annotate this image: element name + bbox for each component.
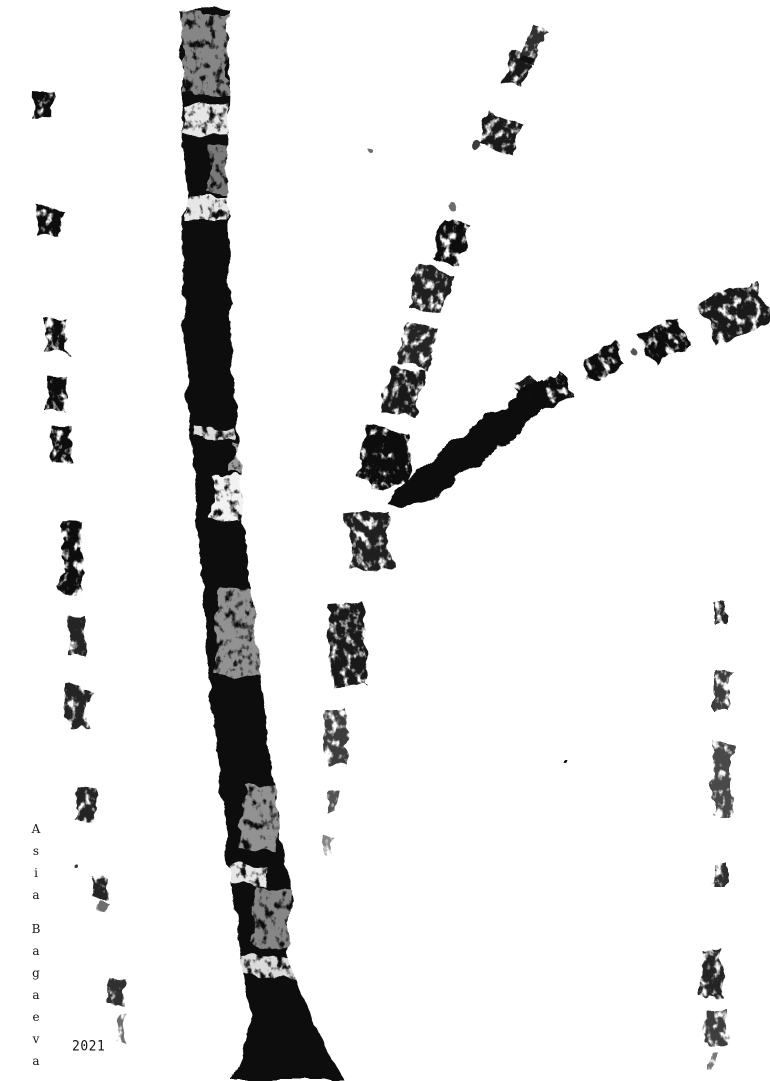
ink-speck xyxy=(368,148,372,152)
dash-column-speck xyxy=(117,1014,127,1042)
branch-dash xyxy=(379,364,428,418)
middle-trunk-segment xyxy=(327,601,368,690)
dash-column-speck xyxy=(99,900,110,915)
dash-column-left xyxy=(60,523,84,594)
bark-texture xyxy=(240,784,281,852)
dash-column-left xyxy=(44,320,68,353)
ink-speck xyxy=(564,760,568,764)
dash-column-left xyxy=(37,207,60,238)
dash-column-right xyxy=(705,1008,726,1045)
dash-column-left xyxy=(76,788,97,823)
bark-texture xyxy=(215,587,276,678)
ink-layer xyxy=(32,8,770,1081)
bark-texture xyxy=(253,886,296,946)
bark-gap xyxy=(182,197,230,219)
artwork-canvas xyxy=(0,0,770,1081)
ink-speck xyxy=(74,864,78,868)
middle-trunk-segment xyxy=(345,510,394,571)
branch-dot xyxy=(631,349,637,355)
branch-dash xyxy=(479,112,524,154)
dash-column-right xyxy=(714,668,730,712)
bark-gap xyxy=(196,427,234,438)
branch-dash xyxy=(396,320,438,369)
bark-gap xyxy=(237,953,296,978)
middle-trunk-segment xyxy=(324,707,348,766)
middle-trunk-speck xyxy=(323,835,332,855)
dash-column-left xyxy=(46,377,67,414)
dash-column-right xyxy=(715,603,727,625)
artwork-year: 2021 xyxy=(72,1038,105,1055)
dash-column-left xyxy=(66,616,86,655)
branch-dash xyxy=(699,280,770,346)
bark-texture xyxy=(209,146,231,194)
bark-texture xyxy=(232,443,254,476)
branch-dash xyxy=(640,318,691,364)
dash-column-right xyxy=(715,864,728,890)
dash-column-left xyxy=(66,685,89,724)
dash-column-speck xyxy=(710,1050,716,1074)
artist-signature-line1: Asia xyxy=(30,822,48,910)
middle-trunk-speck xyxy=(325,787,336,813)
artwork-page: Asia Bagaeva 2021 xyxy=(0,0,770,1081)
branch-dot xyxy=(448,202,456,210)
branch-dot xyxy=(474,143,484,153)
artist-signature-line2: Bagaeva xyxy=(30,922,48,1076)
dash-column-right xyxy=(700,949,724,1000)
dash-column-left xyxy=(51,426,73,462)
dash-column-right xyxy=(713,741,731,815)
bark-gap xyxy=(230,863,265,885)
bark-gap xyxy=(211,477,259,523)
dash-column-left xyxy=(32,91,55,119)
bark-texture xyxy=(182,11,228,93)
branch-dash xyxy=(407,264,453,314)
dash-column-left xyxy=(108,978,126,1005)
dash-column-left xyxy=(92,878,109,897)
branch-dash xyxy=(431,217,470,265)
branch-dash xyxy=(580,340,628,381)
bark-gap xyxy=(182,104,231,136)
